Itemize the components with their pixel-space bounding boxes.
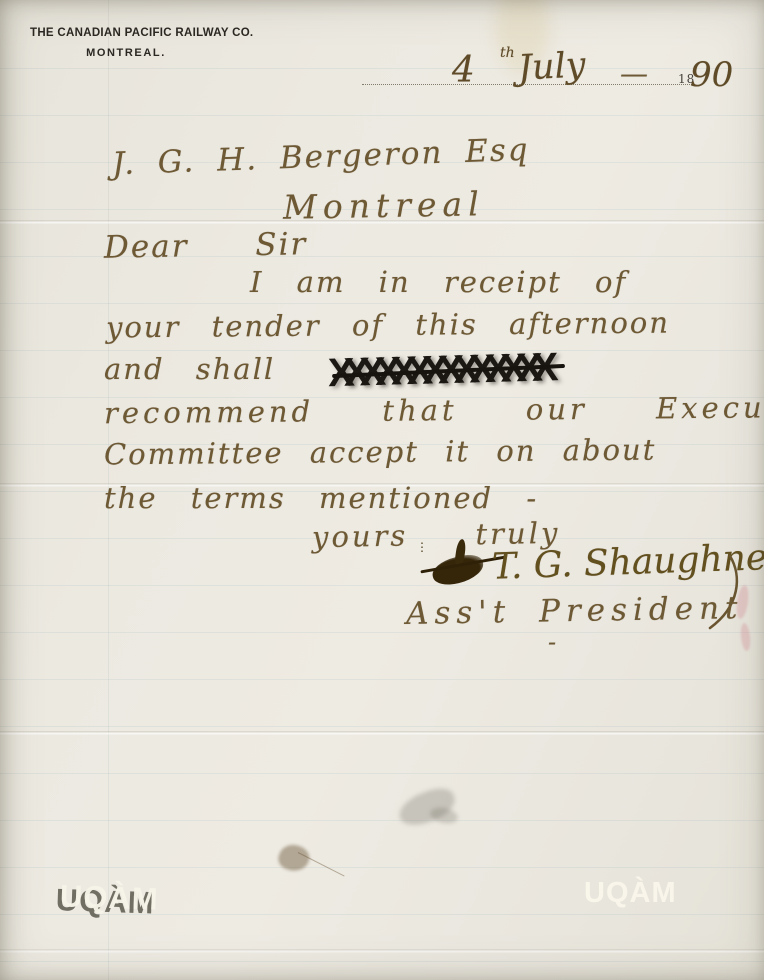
body-line-5: Committee accept it on about [104,436,657,470]
date-dash: — [620,60,648,88]
date-day-suffix: th [500,46,515,60]
ink-blot-dots: ⋮ [416,543,428,551]
fold-crease-bottom [0,949,764,953]
letterhead-company: THE CANADIAN PACIFIC RAILWAY CO. [30,27,222,39]
ink-blot-crossed-out: ⋮ [424,543,494,595]
scribble-marks: XXXXXXXXXXXXXX [327,344,548,396]
body-line-1: I am in receipt of [250,268,627,297]
fold-crease-lower [0,731,764,735]
letterhead-city: MONTREAL. [30,47,222,59]
signature-title: Ass't President [406,593,744,630]
crossed-out-text-scribble: XXXXXXXXXXXXXX XXXXXXXXXXXXXX [327,344,573,396]
body-line-2: your tender of this afternoon [106,309,670,343]
salutation: Dear Sir [104,229,308,264]
uqam-watermark-right: UQÀM [584,877,677,910]
recipient-name: J. G. H. Bergeron Esq [112,135,530,181]
body-line-4: recommend that our Executive [104,393,764,428]
letter-page: THE CANADIAN PACIFIC RAILWAY CO. MONTREA… [0,0,764,980]
date-day: 4 [452,53,475,89]
date-month: July [517,48,586,86]
uqam-watermark-left: UQÀM [59,878,159,917]
paper-smudge-brown [275,841,312,876]
body-line-3: and shall [104,355,275,384]
paper-scratch-line [298,852,345,876]
date-year-written: 90 [690,58,733,92]
title-underscore-dash: - [548,630,556,654]
paper-smudge-gray-small [429,805,460,825]
paper-smudge-gray [395,784,459,830]
recipient-city: Montreal [283,187,485,224]
letterhead: THE CANADIAN PACIFIC RAILWAY CO. MONTREA… [30,27,222,59]
body-line-6: the terms mentioned - [104,484,538,513]
